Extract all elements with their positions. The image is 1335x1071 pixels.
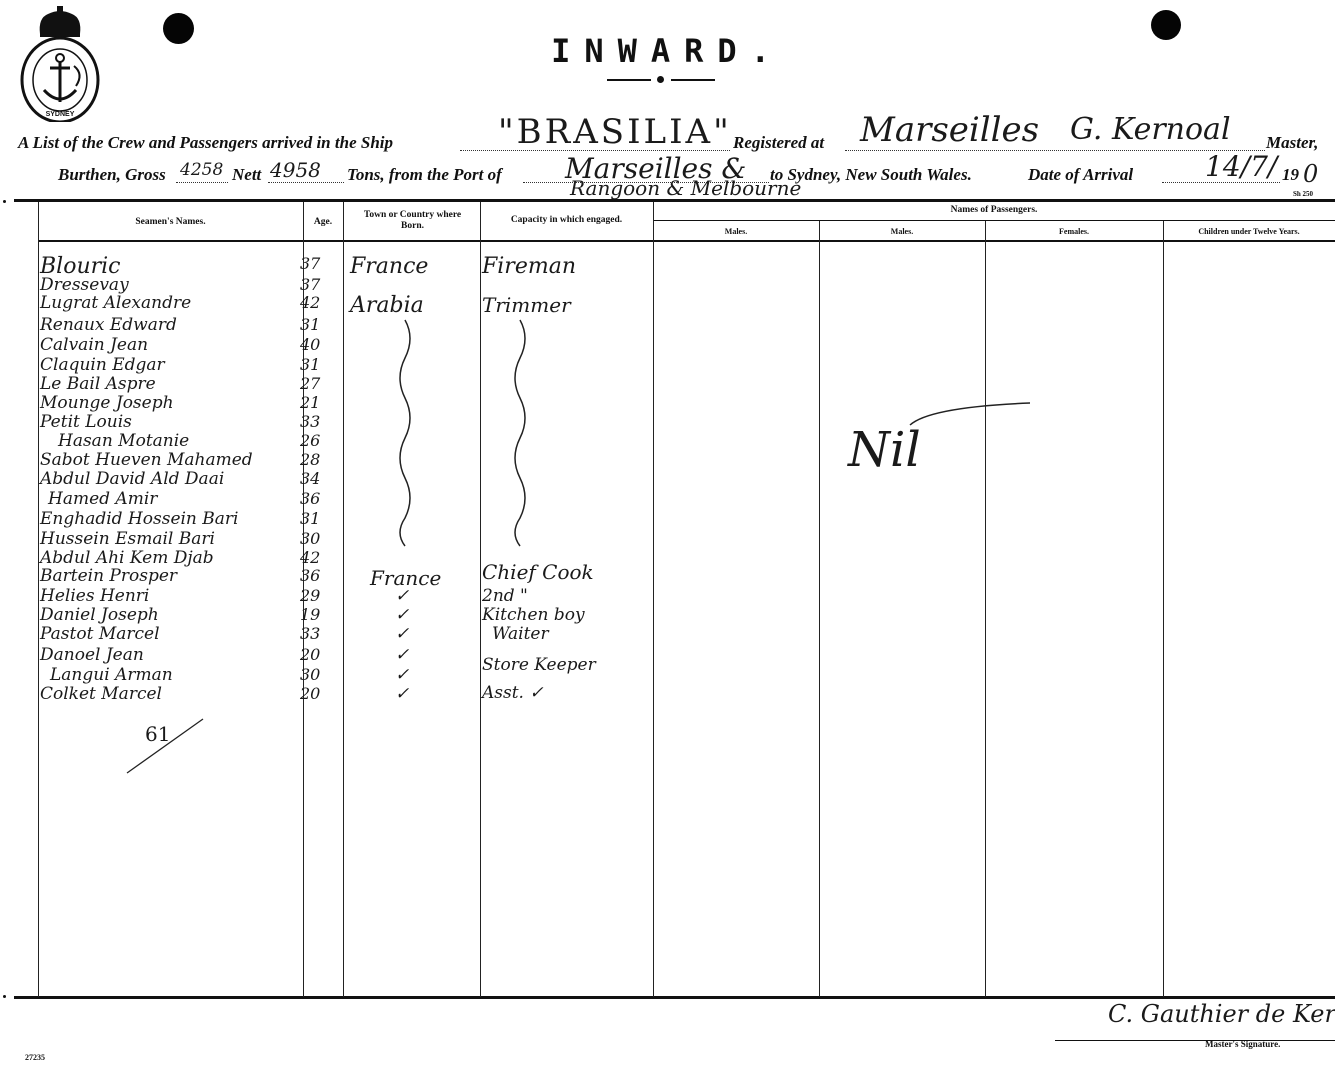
ditto-squiggle-born	[390, 318, 430, 548]
header-born: Town or Country where Born.	[355, 210, 470, 232]
ditto-squiggle-capacity	[505, 318, 545, 548]
table-row: Sabot Hueven Mahamed28	[0, 450, 660, 467]
header-children: Children under Twelve Years.	[1163, 226, 1335, 237]
registered-label: Registered at	[733, 133, 824, 153]
nil-underline-stroke	[900, 395, 1040, 495]
header-females: Females.	[985, 226, 1163, 237]
page-title: INWARD.	[0, 32, 1335, 70]
crew-total-slash	[125, 715, 205, 775]
header-males-1: Males.	[653, 226, 819, 237]
signature-line	[1055, 1040, 1335, 1041]
nett-tons-field: 4958	[270, 158, 321, 182]
title-ornament	[607, 76, 715, 84]
col-sep-children	[1163, 221, 1164, 997]
tons-from-port-label: Tons, from the Port of	[347, 165, 502, 185]
table-row: Colket Marcel20✓	[0, 684, 660, 701]
table-row: Mounge Joseph21	[0, 393, 660, 410]
passengers-subrule	[653, 220, 1335, 221]
arrival-year-suffix: 0	[1303, 160, 1318, 188]
col-sep-females	[985, 221, 986, 997]
port-via-field: Rangoon & Melbourne	[570, 176, 801, 200]
table-row: Blouric37FranceFireman	[0, 254, 660, 271]
arrival-year-prefix: 19	[1282, 165, 1299, 185]
table-row: Langui Arman30✓Asst. ✓	[0, 665, 660, 682]
table-row: Dressevay37	[0, 275, 660, 292]
master-signature: C. Gauthier de Kernoal	[1108, 1000, 1335, 1028]
form-code: Sh 250	[1293, 190, 1313, 198]
table-row: Enghadid Hossein Bari31	[0, 509, 660, 526]
col-sep-males2	[819, 221, 820, 997]
table-row: Bartein Prosper36FranceChief Cook	[0, 566, 660, 583]
table-row: Daniel Joseph19✓Kitchen boy	[0, 605, 660, 622]
table-row: Pastot Marcel33✓Waiter	[0, 624, 660, 641]
nett-label: Nett	[232, 165, 261, 185]
svg-text:SYDNEY: SYDNEY	[46, 111, 75, 118]
form-number: 27235	[25, 1053, 45, 1062]
header-line1-label: A List of the Crew and Passengers arrive…	[18, 133, 393, 153]
header-passengers-group: Names of Passengers.	[653, 205, 1335, 216]
burthen-label: Burthen, Gross	[58, 165, 166, 185]
gross-tons-field: 4258	[180, 160, 223, 180]
header-age: Age.	[303, 217, 343, 228]
registered-at-field: Marseilles	[860, 110, 1039, 150]
table-row: Calvain Jean40	[0, 335, 660, 352]
table-row: Hussein Esmail Bari30	[0, 529, 660, 546]
table-row: Claquin Edgar31	[0, 355, 660, 372]
table-row: Helies Henri29✓2nd "	[0, 586, 660, 603]
master-name-field: G. Kernoal	[1070, 112, 1231, 147]
table-row: Hamed Amir36	[0, 489, 660, 506]
header-males-2: Males.	[819, 226, 985, 237]
header-bottom-rule	[38, 240, 1335, 242]
table-row: Hasan Motanie26	[0, 431, 660, 448]
table-row: Danoel Jean20✓Store Keeper	[0, 645, 660, 662]
arrival-date-field: 14/7/	[1205, 150, 1277, 183]
table-row: Le Bail Aspre27	[0, 374, 660, 391]
destination-label: to Sydney, New South Wales.	[770, 165, 972, 185]
table-row: Lugrat Alexandre42ArabiaTrimmer	[0, 293, 660, 310]
margin-mark	[3, 995, 6, 998]
table-row: Abdul David Ald Daai34	[0, 469, 660, 486]
margin-mark	[3, 200, 6, 203]
table-top-rule	[14, 199, 1335, 202]
arrival-label: Date of Arrival	[1028, 165, 1133, 185]
table-row: Renaux Edward31	[0, 315, 660, 332]
table-bottom-rule	[14, 996, 1335, 999]
header-capacity: Capacity in which engaged.	[480, 215, 653, 226]
table-row: Petit Louis33	[0, 412, 660, 429]
ship-name-field: "BRASILIA"	[498, 112, 732, 152]
header-seamen-names: Seamen's Names.	[38, 217, 303, 228]
master-signature-label: Master's Signature.	[1205, 1039, 1280, 1049]
